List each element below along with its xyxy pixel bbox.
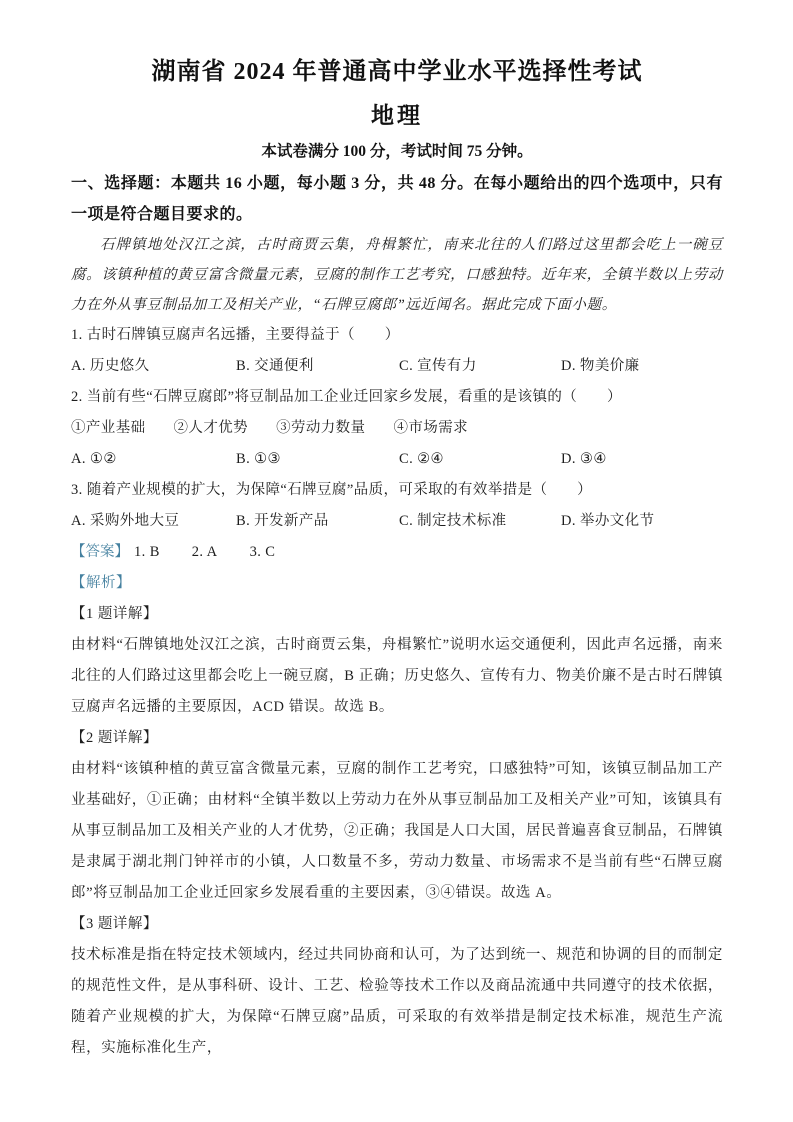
answer-line: 【答案】 1. B 2. A 3. C [71,537,723,568]
analysis-label: 【解析】 [71,568,723,599]
question-1-option-c: C. 宣传有力 [399,351,561,382]
detail-2-heading: 【2 题详解】 [71,723,723,754]
question-1-options: A. 历史悠久 B. 交通便利 C. 宣传有力 D. 物美价廉 [71,351,723,382]
stimulus-paragraph: 石牌镇地处汉江之滨，古时商贾云集，舟楫繁忙，南来北往的人们路过这里都会吃上一碗豆… [71,230,723,320]
question-2-option-a: A. ①② [71,444,236,475]
question-1-option-b: B. 交通便利 [236,351,399,382]
question-2-sub-option-3: ③劳动力数量 [276,420,365,436]
question-2-sub-option-2: ②人才优势 [174,420,249,436]
detail-1-heading: 【1 题详解】 [71,599,723,630]
detail-3-text: 技术标准是指在特定技术领域内，经过共同协商和认可，为了达到统一、规范和协调的目的… [71,940,723,1064]
exam-info-line: 本试卷满分 100 分，考试时间 75 分钟。 [71,140,723,164]
exam-title: 湖南省 2024 年普通高中学业水平选择性考试 [71,56,723,88]
question-3-option-b: B. 开发新产品 [236,506,399,537]
detail-1-text: 由材料“石牌镇地处汉江之滨，古时商贾云集，舟楫繁忙”说明水运交通便利，因此声名远… [71,630,723,723]
question-3-stem: 3. 随着产业规模的扩大，为保障“石牌豆腐”品质，可采取的有效举措是（ ） [71,475,723,506]
question-1-option-d: D. 物美价廉 [561,351,723,382]
answer-label: 【答案】 [71,537,129,568]
answer-item-2: 2. A [192,537,218,568]
question-2-sub-option-1: ①产业基础 [71,420,146,436]
exam-document-page: 湖南省 2024 年普通高中学业水平选择性考试 地理 本试卷满分 100 分，考… [0,0,793,1122]
answer-item-3: 3. C [250,537,276,568]
question-3-option-a: A. 采购外地大豆 [71,506,236,537]
question-3-option-d: D. 举办文化节 [561,506,723,537]
question-2-sub-option-4: ④市场需求 [394,420,469,436]
question-2-sub-options: ①产业基础 ②人才优势 ③劳动力数量 ④市场需求 [71,413,723,444]
answer-items: 1. B 2. A 3. C [134,537,275,568]
question-1-stem: 1. 古时石牌镇豆腐声名远播，主要得益于（ ） [71,320,723,351]
question-2-option-d: D. ③④ [561,444,723,475]
section-header: 一、选择题：本题共 16 小题，每小题 3 分，共 48 分。在每小题给出的四个… [71,168,723,230]
answer-item-1: 1. B [134,537,160,568]
detail-2-text: 由材料“该镇种植的黄豆富含微量元素，豆腐的制作工艺考究，口感独特”可知，该镇豆制… [71,754,723,909]
exam-subject: 地理 [71,101,723,131]
question-2-stem: 2. 当前有些“石牌豆腐郎”将豆制品加工企业迁回家乡发展，看重的是该镇的（ ） [71,382,723,413]
question-3-option-c: C. 制定技术标准 [399,506,561,537]
question-3-options: A. 采购外地大豆 B. 开发新产品 C. 制定技术标准 D. 举办文化节 [71,506,723,537]
question-2-option-c: C. ②④ [399,444,561,475]
detail-3-heading: 【3 题详解】 [71,909,723,940]
question-1-option-a: A. 历史悠久 [71,351,236,382]
question-2-option-b: B. ①③ [236,444,399,475]
question-2-options: A. ①② B. ①③ C. ②④ D. ③④ [71,444,723,475]
